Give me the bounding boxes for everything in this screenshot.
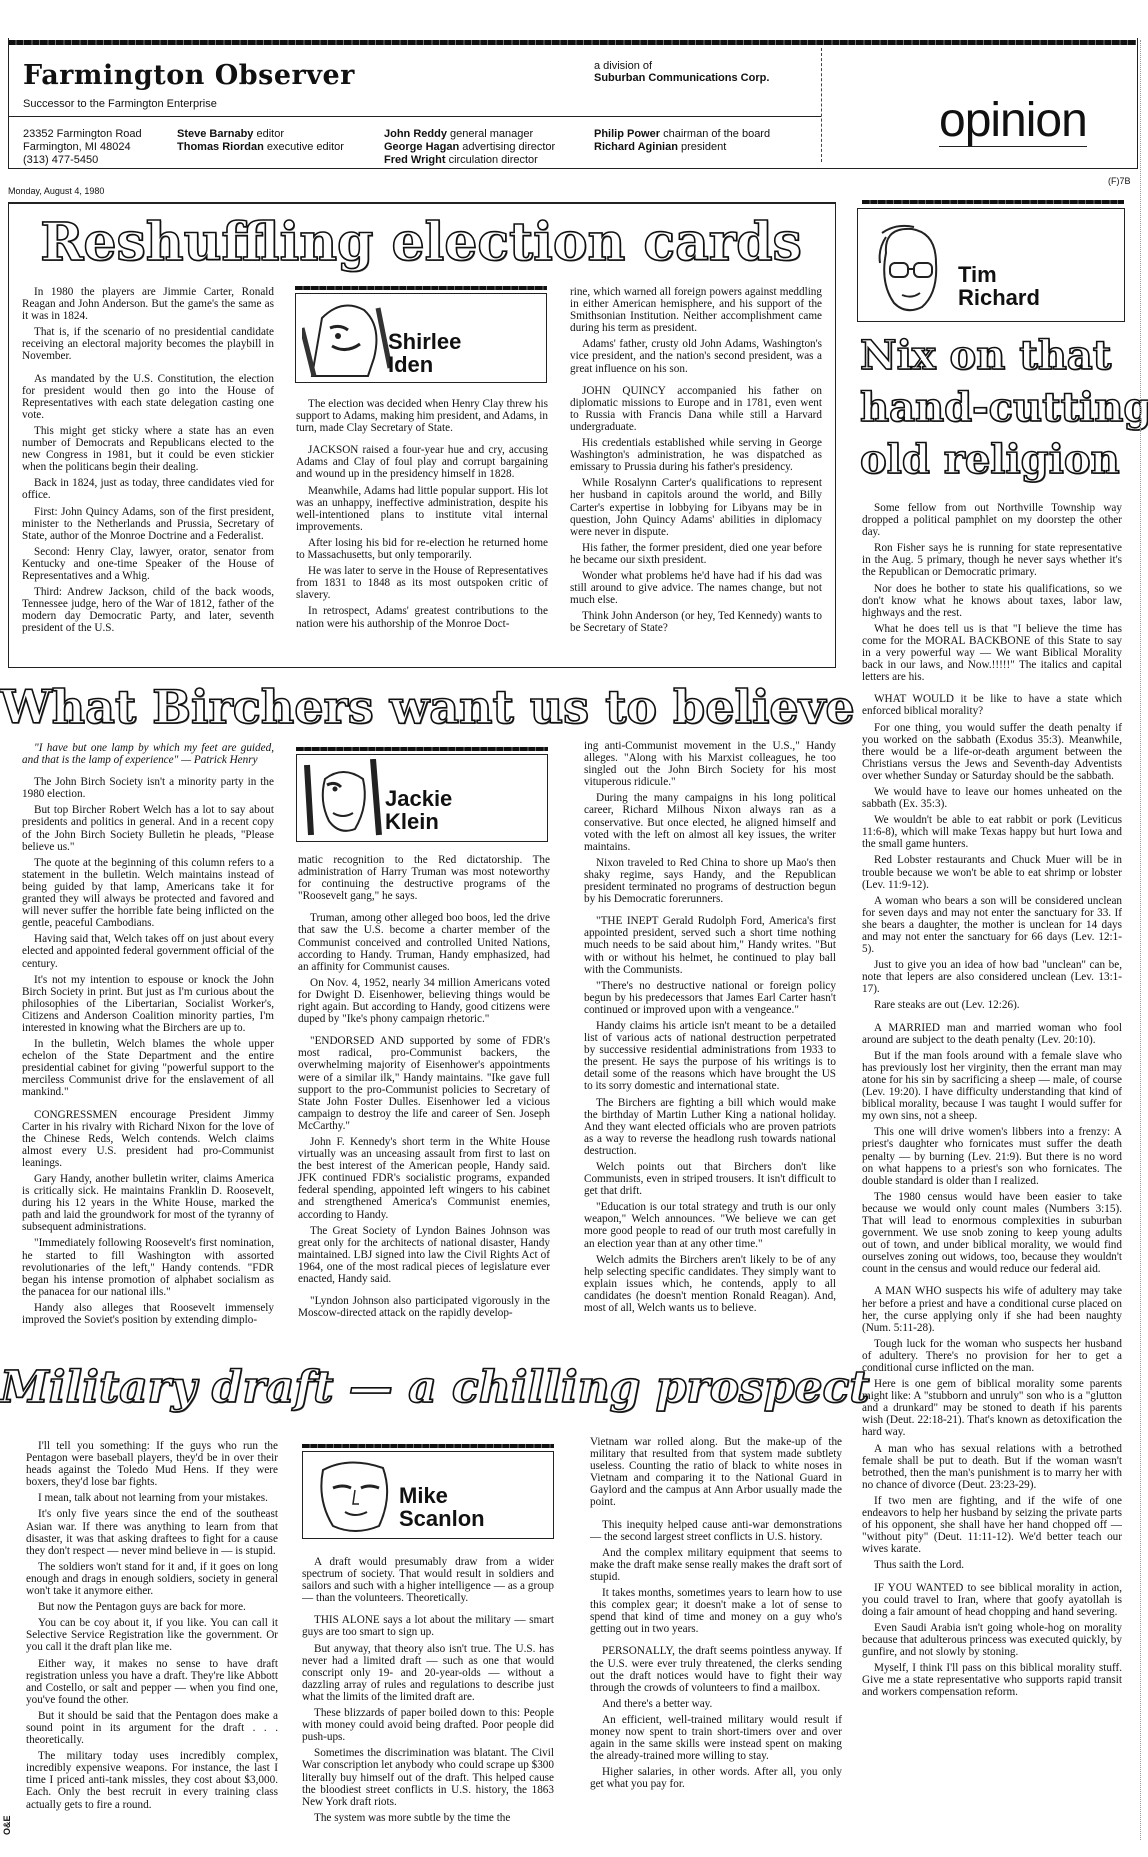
paragraph: rine, which warned all foreign powers ag… <box>570 286 822 334</box>
columnist-name: ShirleeIden <box>388 330 461 376</box>
paragraph: Handy claims his article isn't meant to … <box>584 1020 836 1093</box>
paragraph: His credentials established while servin… <box>570 437 822 473</box>
paragraph: "Lyndon Johnson also participated vigoro… <box>298 1295 550 1319</box>
paragraph: Gary Handy, another bulletin writer, cla… <box>22 1173 274 1233</box>
headline-text: Military draft — a chilling prospect <box>0 1362 870 1413</box>
reshuffling-col-1: In 1980 the players are Jimmie Carter, R… <box>22 286 274 638</box>
staff-col-1: Steve Barnaby editor Thomas Riordan exec… <box>177 128 344 154</box>
paragraph: This might get sticky where a state has … <box>22 425 274 473</box>
paragraph: These blizzards of paper boiled down to … <box>302 1707 554 1743</box>
reshuffling-col-3: rine, which warned all foreign powers ag… <box>570 286 822 638</box>
paragraph: A woman who bears a son will be consider… <box>862 895 1122 955</box>
paragraph: That is, if the scenario of no president… <box>22 326 274 362</box>
paragraph: "Immediately following Roosevelt's first… <box>22 1237 274 1297</box>
paragraph: JOHN QUINCY accompanied his father on di… <box>570 385 822 433</box>
paragraph: THIS ALONE says a lot about the military… <box>302 1614 554 1638</box>
paragraph: Think John Anderson (or hey, Ted Kennedy… <box>570 610 822 634</box>
paragraph: Meanwhile, Adams had little popular supp… <box>296 485 548 533</box>
paragraph: matic recognition to the Red dictatorshi… <box>298 854 550 902</box>
paragraph: But now the Pentagon guys are back for m… <box>26 1601 278 1613</box>
columnist-box-shirlee-iden: ShirleeIden <box>295 293 547 383</box>
paragraph: The military today uses incredibly compl… <box>26 1750 278 1810</box>
paragraph: I mean, talk about not learning from you… <box>26 1492 278 1504</box>
military-col-1: I'll tell you something: If the guys who… <box>26 1440 278 1815</box>
issue-date: Monday, August 4, 1980 <box>8 186 104 196</box>
columnist-portrait-icon <box>302 298 392 378</box>
columnist-last-name: Klein <box>385 810 452 833</box>
paragraph: The election was decided when Henry Clay… <box>296 398 548 434</box>
paragraph: The John Birch Society isn't a minority … <box>22 776 274 800</box>
birchers-col-2: matic recognition to the Red dictatorshi… <box>298 854 550 1323</box>
division-name: Suburban Communications Corp. <box>594 72 769 85</box>
paragraph: Nor does he bother to state his qualific… <box>862 583 1122 619</box>
staff-name: Fred Wright <box>384 154 446 166</box>
paragraph: "ENDORSED AND supported by some of FDR's… <box>298 1035 550 1132</box>
paragraph: Some fellow from out Northville Township… <box>862 502 1122 538</box>
paragraph: In 1980 the players are Jimmie Carter, R… <box>22 286 274 322</box>
paragraph: CONGRESSMEN encourage President Jimmy Ca… <box>22 1109 274 1169</box>
paragraph: In retrospect, Adams' greatest contribut… <box>296 605 548 629</box>
phone-number: (313) 477-5450 <box>23 154 142 167</box>
paragraph: After losing his bid for re-election he … <box>296 537 548 561</box>
masthead-divider <box>9 116 821 117</box>
columnist-box-mike-scanlon: MikeScanlon <box>302 1451 554 1539</box>
paragraph: Thus saith the Lord. <box>862 1559 1122 1571</box>
paragraph: And the complex military equipment that … <box>590 1547 842 1583</box>
staff-name: Steve Barnaby <box>177 128 253 140</box>
paragraph: This inequity helped cause anti-war demo… <box>590 1519 842 1543</box>
birchers-col-3: ing anti-Communist movement in the U.S.,… <box>584 740 836 1318</box>
reshuffling-col-2: The election was decided when Henry Clay… <box>296 398 548 634</box>
paragraph: We would have to leave our homes unheate… <box>862 786 1122 810</box>
nix-body: Some fellow from out Northville Township… <box>862 502 1122 1702</box>
staff-name: Philip Power <box>594 128 660 140</box>
columnist-first-name: Shirlee <box>388 330 461 353</box>
columnist-portrait-icon <box>303 759 383 837</box>
paragraph: Adams' father, crusty old John Adams, Wa… <box>570 338 822 374</box>
paragraph: We wouldn't be able to eat rabbit or por… <box>862 814 1122 850</box>
headline-text: What Birchers want us to believe <box>0 680 855 734</box>
paragraph: It's only five years since the end of th… <box>26 1508 278 1556</box>
paragraph: JACKSON raised a four-year hue and cry, … <box>296 444 548 480</box>
paragraph: Wonder what problems he'd have had if hi… <box>570 570 822 606</box>
paragraph: Myself, I think I'll pass on this biblic… <box>862 1662 1122 1698</box>
paragraph: As mandated by the U.S. Constitution, th… <box>22 373 274 421</box>
columnist-name: JackieKlein <box>385 787 452 833</box>
paragraph: A MARRIED man and married woman who fool… <box>862 1022 1122 1046</box>
columnist-last-name: Iden <box>388 353 461 376</box>
paragraph: On Nov. 4, 1952, nearly 34 million Ameri… <box>298 977 550 1025</box>
headline-line: hand-cutting <box>860 382 1148 434</box>
paragraph: Red Lobster restaurants and Chuck Muer w… <box>862 854 1122 890</box>
paragraph: I'll tell you something: If the guys who… <box>26 1440 278 1488</box>
paragraph: For one thing, you would suffer the deat… <box>862 722 1122 782</box>
staff-name: Thomas Riordan <box>177 141 264 153</box>
address-block: 23352 Farmington Road Farmington, MI 480… <box>23 128 142 167</box>
paragraph: But it should be said that the Pentagon … <box>26 1710 278 1746</box>
paragraph: Second: Henry Clay, lawyer, orator, sena… <box>22 546 274 582</box>
paragraph: A draft would presumably draw from a wid… <box>302 1556 554 1604</box>
paragraph: Higher salaries, in other words. After a… <box>590 1766 842 1790</box>
birchers-headline: What Birchers want us to believe <box>0 680 842 734</box>
paragraph: But anyway, that theory also isn't true.… <box>302 1643 554 1703</box>
paragraph: The quote at the beginning of this colum… <box>22 857 274 930</box>
columnist-box-tim-richard: TimRichard <box>857 208 1125 322</box>
paragraph: And there's a better way. <box>590 1698 842 1710</box>
section-title: opinion <box>939 96 1087 147</box>
paragraph: This one will drive women's libbers into… <box>862 1126 1122 1186</box>
columnist-name: MikeScanlon <box>399 1484 485 1530</box>
paragraph: Nixon traveled to Red China to shore up … <box>584 857 836 905</box>
paragraph: ing anti-Communist movement in the U.S.,… <box>584 740 836 788</box>
paragraph: Tough luck for the woman who suspects he… <box>862 1338 1122 1374</box>
staff-col-2: John Reddy general manager George Hagan … <box>384 128 555 167</box>
headline-line: old religion <box>860 434 1148 486</box>
staff-role: advertising director <box>462 141 555 153</box>
headline-text: Reshuffling election cards <box>40 212 802 273</box>
masthead-vdivider <box>821 48 822 162</box>
staff-col-3: Philip Power chairman of the board Richa… <box>594 128 770 154</box>
columnist-box-jackie-klein: JackieKlein <box>296 754 548 842</box>
paragraph: Here is one gem of biblical morality som… <box>862 1378 1122 1438</box>
margin-mark: O&E <box>2 1815 12 1835</box>
birchers-col-1: "I have but one lamp by which my feet ar… <box>22 742 274 1330</box>
paragraph: It takes months, sometimes years to lear… <box>590 1587 842 1635</box>
paragraph: PERSONALLY, the draft seems pointless an… <box>590 1645 842 1693</box>
paragraph: He was later to serve in the House of Re… <box>296 565 548 601</box>
paragraph: The Birchers are fighting a bill which w… <box>584 1097 836 1157</box>
paragraph: Sometimes the discrimination was blatant… <box>302 1747 554 1807</box>
paragraph: Even Saudi Arabia isn't going whole-hog … <box>862 1622 1122 1658</box>
paragraph: Vietnam war rolled along. But the make-u… <box>590 1436 842 1509</box>
paragraph: The soldiers won't stand for it and, if … <box>26 1561 278 1597</box>
page-edge-dotted-line <box>1140 40 1141 1840</box>
paragraph: "Education is our total strategy and tru… <box>584 1201 836 1249</box>
paragraph: First: John Quincy Adams, son of the fir… <box>22 506 274 542</box>
address-line: 23352 Farmington Road <box>23 128 142 141</box>
paragraph: While Rosalynn Carter's qualifications t… <box>570 477 822 537</box>
columnist-first-name: Tim <box>958 263 1040 286</box>
paragraph: The Great Society of Lyndon Baines Johns… <box>298 1225 550 1285</box>
staff-role: editor <box>257 128 285 140</box>
masthead: Farmington Observer Successor to the Far… <box>8 38 1138 169</box>
columnist-portrait-icon <box>309 1456 399 1534</box>
paragraph: Either way, it makes no sense to have dr… <box>26 1658 278 1706</box>
paragraph: IF YOU WANTED to see biblical morality i… <box>862 1582 1122 1618</box>
headline-line: Nix on that <box>860 330 1148 382</box>
paragraph: Just to give you an idea of how bad "unc… <box>862 959 1122 995</box>
staff-role: general manager <box>450 128 533 140</box>
paragraph: Welch points out that Birchers don't lik… <box>584 1161 836 1197</box>
columnist-first-name: Jackie <box>385 787 452 810</box>
columnist-rule <box>302 1444 554 1448</box>
staff-name: George Hagan <box>384 141 459 153</box>
columnist-name: TimRichard <box>958 263 1040 309</box>
paragraph: Third: Andrew Jackson, child of the back… <box>22 586 274 634</box>
paragraph: It's not my intention to espouse or knoc… <box>22 974 274 1034</box>
paragraph: "THE INEPT Gerald Rudolph Ford, America'… <box>584 915 836 975</box>
paragraph: John F. Kennedy's short term in the Whit… <box>298 1136 550 1221</box>
reshuffling-headline: Reshuffling election cards <box>0 212 842 273</box>
address-line: Farmington, MI 48024 <box>23 141 142 154</box>
paragraph: During the many campaigns in his long po… <box>584 792 836 852</box>
paragraph: A man who has sexual relations with a be… <box>862 1443 1122 1491</box>
columnist-last-name: Richard <box>958 286 1040 309</box>
staff-name: Richard Aginian <box>594 141 678 153</box>
paragraph: In the bulletin, Welch blames the whole … <box>22 1038 274 1098</box>
paragraph: Ron Fisher says he is running for state … <box>862 542 1122 578</box>
military-col-2: A draft would presumably draw from a wid… <box>302 1556 554 1828</box>
columnist-rule <box>296 747 548 751</box>
paragraph: The 1980 census would have been easier t… <box>862 1191 1122 1276</box>
military-headline: Military draft — a chilling prospect <box>0 1362 842 1413</box>
paragraph: If two men are fighting, and if the wife… <box>862 1495 1122 1555</box>
staff-role: chairman of the board <box>663 128 770 140</box>
paragraph: Welch admits the Birchers aren't likely … <box>584 1254 836 1314</box>
newspaper-subtitle: Successor to the Farmington Enterprise <box>23 98 217 111</box>
columnist-last-name: Scanlon <box>399 1507 485 1530</box>
columnist-rule <box>295 286 547 290</box>
paragraph: WHAT WOULD it be like to have a state wh… <box>862 693 1122 717</box>
paragraph: You can be coy about it, if you like. Yo… <box>26 1617 278 1653</box>
staff-role: executive editor <box>267 141 344 153</box>
paragraph: But if the man fools around with a femal… <box>862 1050 1122 1123</box>
paragraph: A MAN WHO suspects his wife of adultery … <box>862 1285 1122 1333</box>
columnist-first-name: Mike <box>399 1484 485 1507</box>
military-col-3: Vietnam war rolled along. But the make-u… <box>590 1436 842 1794</box>
staff-role: circulation director <box>449 154 538 166</box>
paragraph: Back in 1824, just as today, three candi… <box>22 477 274 501</box>
paragraph: What he does tell us is that "I believe … <box>862 623 1122 683</box>
staff-role: president <box>681 141 726 153</box>
paragraph: Rare steaks are out (Lev. 12:26). <box>862 999 1122 1011</box>
paragraph: Truman, among other alleged boo boos, le… <box>298 912 550 972</box>
paragraph: But top Bircher Robert Welch has a lot t… <box>22 804 274 852</box>
staff-name: John Reddy <box>384 128 447 140</box>
epigraph: "I have but one lamp by which my feet ar… <box>22 742 274 766</box>
columnist-portrait-icon <box>866 223 952 315</box>
paragraph: An efficient, well-trained military woul… <box>590 1714 842 1762</box>
newspaper-title: Farmington Observer <box>23 60 355 91</box>
paragraph: Handy also alleges that Roosevelt immens… <box>22 1302 274 1326</box>
columnist-rule <box>862 200 1124 204</box>
paragraph: "There's no destructive national or fore… <box>584 980 836 1016</box>
paragraph: Having said that, Welch takes off on jus… <box>22 933 274 969</box>
paragraph: The system was more subtle by the time t… <box>302 1812 554 1824</box>
paragraph: His father, the former president, died o… <box>570 542 822 566</box>
nix-headline: Nix on that hand-cutting old religion <box>860 330 1148 486</box>
page-number: (F)7B <box>1108 176 1131 186</box>
